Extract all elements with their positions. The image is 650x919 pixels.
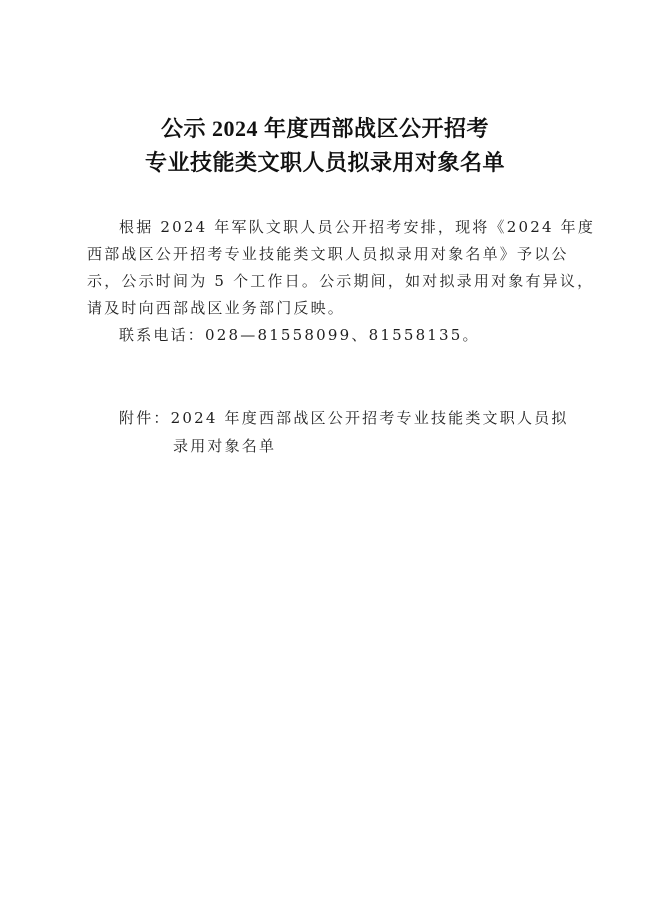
document-body: 根据 2024 年军队文职人员公开招考安排，现将《2024 年度 西部战区公开招…: [87, 214, 571, 349]
paragraph-line-4: 请及时向西部战区业务部门反映。: [87, 295, 571, 322]
attachment-label: 附件：: [119, 404, 171, 432]
contact-label: 联系电话：: [119, 326, 205, 344]
document-title: 公示 2024 年度西部战区公开招考 专业技能类文职人员拟录用对象名单: [0, 112, 650, 180]
attachment-title-line-1: 2024 年度西部战区公开招考专业技能类文职人员拟: [171, 409, 569, 427]
attachment-row-1: 附件：2024 年度西部战区公开招考专业技能类文职人员拟: [119, 404, 579, 432]
attachment-note: 附件：2024 年度西部战区公开招考专业技能类文职人员拟 录用对象名单: [119, 404, 579, 460]
paragraph-line-1: 根据 2024 年军队文职人员公开招考安排，现将《2024 年度: [87, 214, 571, 241]
contact-phones: 028—81558099、81558135。: [205, 326, 480, 344]
document-page: 公示 2024 年度西部战区公开招考 专业技能类文职人员拟录用对象名单 根据 2…: [0, 0, 650, 919]
paragraph-line-2: 西部战区公开招考专业技能类文职人员拟录用对象名单》予以公: [87, 241, 571, 268]
contact-line: 联系电话：028—81558099、81558135。: [87, 322, 571, 349]
announcement-paragraph: 根据 2024 年军队文职人员公开招考安排，现将《2024 年度 西部战区公开招…: [87, 214, 571, 322]
title-line-2: 专业技能类文职人员拟录用对象名单: [0, 146, 650, 180]
title-line-1: 公示 2024 年度西部战区公开招考: [0, 112, 650, 146]
attachment-title-line-2: 录用对象名单: [119, 432, 579, 460]
paragraph-line-3: 示，公示时间为 5 个工作日。公示期间，如对拟录用对象有异议，: [87, 268, 571, 295]
